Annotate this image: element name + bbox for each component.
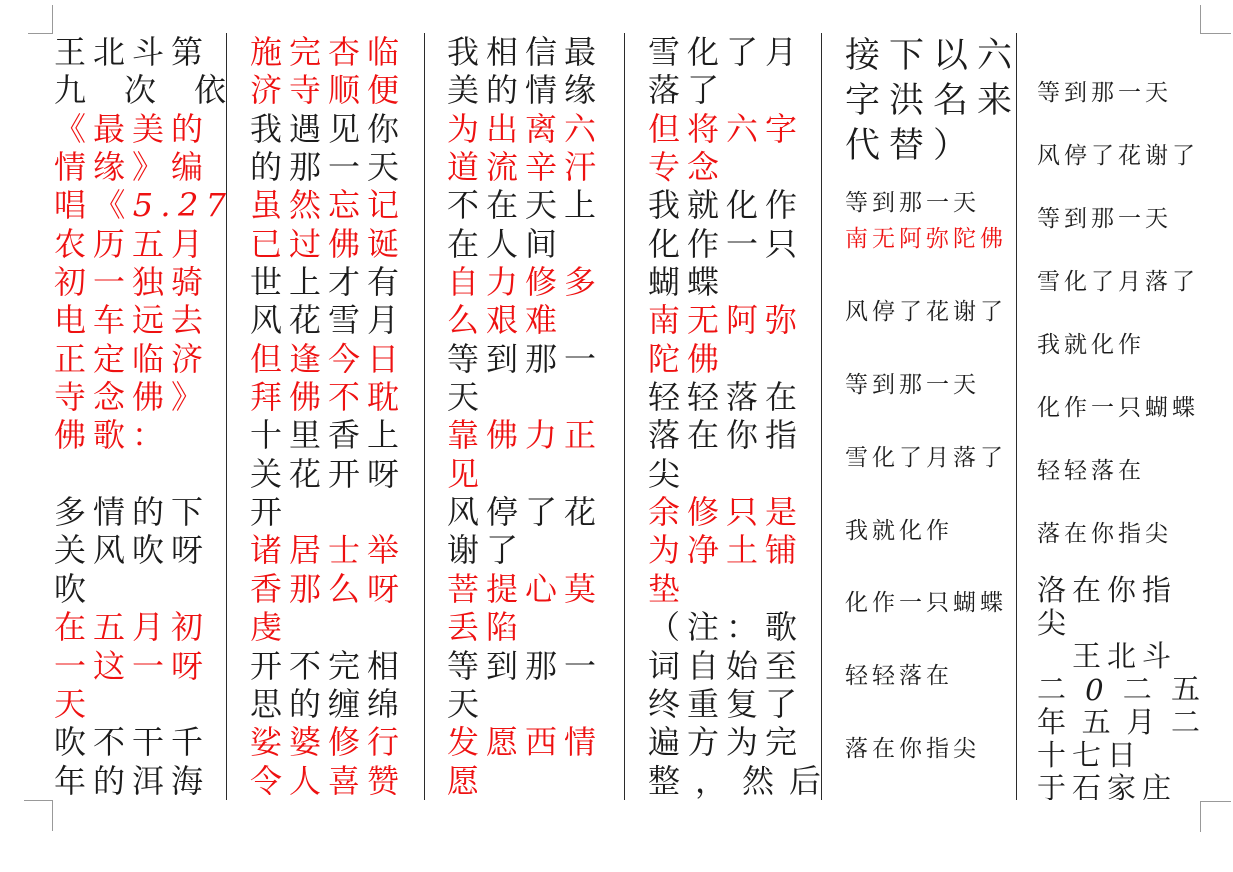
text-section: 接下以六字洪名来代替）: [845, 33, 1016, 168]
char-glyph: 九: [54, 71, 86, 109]
text-line: 雪化了月落了: [1037, 266, 1200, 298]
char-glyph: ，: [695, 762, 727, 800]
text-line: 落了: [648, 71, 821, 109]
text-line: 寺念佛》: [54, 378, 226, 416]
text-section: 洛在你指尖 王北斗二0二五年五月二十七日于石家庄: [1037, 575, 1200, 800]
text-line: 风花雪月: [250, 301, 424, 339]
text-line: 等到那一: [447, 340, 624, 378]
digit-glyph: 5: [133, 186, 153, 224]
text-line: 令人喜赞: [250, 762, 424, 800]
text-section: 雪化了月落了但将六字专念我就化作化作一只蝴蝶南无阿弥陀佛轻轻落在落在你指尖余修只…: [648, 33, 821, 800]
text-line: 我就化作: [1037, 329, 1200, 361]
text-line: 余修只是: [648, 493, 821, 531]
text-line: 轻轻落在: [648, 378, 821, 416]
text-line: 二0二五: [1037, 674, 1200, 707]
crop-mark-top-right: [1200, 5, 1231, 34]
digit-glyph: 2: [178, 186, 198, 224]
text-line: 虽然忘记: [250, 186, 424, 224]
text-line: 南无阿弥陀佛: [845, 221, 1016, 257]
text-line: 尖: [648, 455, 821, 493]
text-line: 开不完相: [250, 647, 424, 685]
text-line: 风停了花谢了: [845, 294, 1016, 330]
text-line: 遍方为完: [648, 723, 821, 761]
text-line: 么艰难: [447, 301, 624, 339]
text-line: 天: [54, 685, 226, 723]
text-line: 为出离六: [447, 110, 624, 148]
text-line: 娑婆修行: [250, 723, 424, 761]
text-line: 正定临济: [54, 340, 226, 378]
char-glyph: 后: [789, 762, 821, 800]
text-line: 于石家庄: [1037, 773, 1200, 800]
text-line: 落在你指: [648, 416, 821, 454]
text-line: 我遇见你: [250, 110, 424, 148]
text-line: 词自始至: [648, 647, 821, 685]
text-line: 轻轻落在: [1037, 455, 1200, 487]
text-line: 落在你指尖: [845, 731, 1016, 767]
text-section: 等到那一天 风停了花谢了 等到那一天 雪化了月落了 我就化作 化作一只蝴蝶 轻轻…: [1037, 33, 1200, 549]
text-line: 等到那一天: [845, 367, 1016, 403]
text-line: 不在天上: [447, 186, 624, 224]
char-glyph: 唱: [54, 186, 86, 224]
text-line: [1037, 360, 1200, 392]
text-line: 拜佛不耽: [250, 378, 424, 416]
text-line: 南无阿弥: [648, 301, 821, 339]
text-line: [845, 695, 1016, 731]
text-line: 化作一只蝴蝶: [1037, 392, 1200, 424]
text-line: 十七日: [1037, 740, 1200, 773]
text-line: 垫: [648, 570, 821, 608]
text-column-6: 等到那一天 风停了花谢了 等到那一天 雪化了月落了 我就化作 化作一只蝴蝶 轻轻…: [1017, 33, 1200, 800]
char-glyph: 整: [648, 762, 680, 800]
text-line: 一这一呀: [54, 647, 226, 685]
text-line: [845, 476, 1016, 512]
crop-mark-top-left: [28, 5, 53, 34]
text-line: 开: [250, 493, 424, 531]
text-line: 初一独骑: [54, 263, 226, 301]
text-line: 在人间: [447, 225, 624, 263]
text-section: 等到那一天南无阿弥陀佛 风停了花谢了 等到那一天 雪化了月落了 我就化作 化作一…: [845, 185, 1016, 768]
digit-glyph: .: [160, 186, 170, 224]
char-glyph: 《: [93, 186, 125, 224]
text-line: 世上才有: [250, 263, 424, 301]
text-line: 见: [447, 455, 624, 493]
text-line: 雪化了月: [648, 33, 821, 71]
text-column-3: 我相信最美的情缘为出离六道流辛汗不在天上在人间自力修多么艰难等到那一天靠佛力正见…: [425, 33, 625, 800]
text-line: （注：歌: [648, 608, 821, 646]
text-line: 唱《5.27: [54, 186, 226, 224]
text-line: 的那一天: [250, 148, 424, 186]
char-glyph: 然: [742, 762, 774, 800]
text-line: 蝴蝶: [648, 263, 821, 301]
text-line: 王北斗: [1037, 641, 1200, 674]
text-line: 诸居士举: [250, 531, 424, 569]
char-glyph: 月: [1126, 707, 1155, 740]
text-line: 风停了花谢了: [1037, 140, 1200, 172]
text-line: 关花开呀: [250, 455, 424, 493]
text-line: [1037, 108, 1200, 140]
text-line: 关风吹呀: [54, 531, 226, 569]
text-line: 吹: [54, 570, 226, 608]
text-line: 思的缠绵: [250, 685, 424, 723]
text-line: 十里香上: [250, 416, 424, 454]
text-line: 情缘》编: [54, 148, 226, 186]
char-glyph: 五: [1171, 674, 1200, 707]
digit-glyph: 0: [1085, 674, 1103, 707]
text-line: 电车远去: [54, 301, 226, 339]
text-line: 洛在你指: [1037, 575, 1200, 608]
text-line: 字洪名来: [845, 78, 1016, 123]
text-line: 为净土铺: [648, 531, 821, 569]
text-line: 美的情缘: [447, 71, 624, 109]
text-line: 整，然后: [648, 762, 821, 800]
text-line: 等到那一: [447, 647, 624, 685]
text-section: 施完杏临济寺顺便我遇见你的那一天虽然忘记已过佛诞世上才有风花雪月但逢今日拜佛不耽…: [250, 33, 424, 800]
text-line: [845, 403, 1016, 439]
text-line: 谢了: [447, 531, 624, 569]
text-line: 陀佛: [648, 340, 821, 378]
text-line: 吹不干千: [54, 723, 226, 761]
text-line: [845, 622, 1016, 658]
text-line: 但逢今日: [250, 340, 424, 378]
text-line: [1037, 486, 1200, 518]
text-line: 菩提心莫: [447, 570, 624, 608]
text-column-4: 雪化了月落了但将六字专念我就化作化作一只蝴蝶南无阿弥陀佛轻轻落在落在你指尖余修只…: [625, 33, 822, 800]
text-line: 多情的下: [54, 493, 226, 531]
text-line: [1037, 297, 1200, 329]
char-glyph: 二: [1171, 707, 1200, 740]
text-line: 风停了花: [447, 493, 624, 531]
document-page: { "colors": { "background": "#ffffff", "…: [0, 0, 1233, 872]
char-glyph: 年: [1037, 707, 1066, 740]
text-line: 天: [447, 378, 624, 416]
text-line: 王北斗第: [54, 33, 226, 71]
text-line: [845, 258, 1016, 294]
text-line: 专念: [648, 148, 821, 186]
text-line: 落在你指尖: [1037, 518, 1200, 550]
text-line: 接下以六: [845, 33, 1016, 78]
text-line: 九次依: [54, 71, 226, 109]
text-line: 已过佛诞: [250, 225, 424, 263]
text-line: [1037, 45, 1200, 77]
crop-mark-bottom-left: [24, 800, 53, 831]
char-glyph: 二: [1037, 674, 1066, 707]
text-line: 等到那一天: [845, 185, 1016, 221]
text-section: 王北斗第九次依《最美的情缘》编唱《5.27农历五月初一独骑电车远去正定临济寺念佛…: [54, 33, 226, 800]
text-line: 发愿西情: [447, 723, 624, 761]
text-line: 年五月二: [1037, 707, 1200, 740]
text-line: 代替）: [845, 123, 1016, 168]
text-line: [1037, 234, 1200, 266]
text-line: 我就化作: [648, 186, 821, 224]
text-line: [1037, 423, 1200, 455]
text-line: 天: [447, 685, 624, 723]
text-line: 愿: [447, 762, 624, 800]
crop-mark-bottom-right: [1200, 801, 1231, 832]
text-line: 道流辛汗: [447, 148, 624, 186]
text-line: 但将六字: [648, 110, 821, 148]
text-section: 我相信最美的情缘为出离六道流辛汗不在天上在人间自力修多么艰难等到那一天靠佛力正见…: [447, 33, 624, 800]
text-column-1: 王北斗第九次依《最美的情缘》编唱《5.27农历五月初一独骑电车远去正定临济寺念佛…: [52, 33, 227, 800]
text-line: 自力修多: [447, 263, 624, 301]
text-line: 丢陷: [447, 608, 624, 646]
text-line: 施完杏临: [250, 33, 424, 71]
text-line: [54, 455, 226, 493]
text-line: 尖: [1037, 608, 1200, 641]
text-line: 等到那一天: [1037, 77, 1200, 109]
text-line: 佛歌：: [54, 416, 226, 454]
char-glyph: 次: [124, 71, 156, 109]
char-glyph: 五: [1082, 707, 1111, 740]
text-column-2: 施完杏临济寺顺便我遇见你的那一天虽然忘记已过佛诞世上才有风花雪月但逢今日拜佛不耽…: [227, 33, 425, 800]
text-line: 我相信最: [447, 33, 624, 71]
text-line: 化作一只蝴蝶: [845, 585, 1016, 621]
char-glyph: 二: [1123, 674, 1152, 707]
text-line: 我就化作: [845, 513, 1016, 549]
text-line: 靠佛力正: [447, 416, 624, 454]
text-line: 化作一只: [648, 225, 821, 263]
digit-glyph: 7: [206, 186, 226, 224]
text-line: [1037, 171, 1200, 203]
text-column-5: 接下以六字洪名来代替）等到那一天南无阿弥陀佛 风停了花谢了 等到那一天 雪化了月…: [822, 33, 1017, 800]
text-line: 在五月初: [54, 608, 226, 646]
text-line: [845, 549, 1016, 585]
text-line: 终重复了: [648, 685, 821, 723]
text-line: 《最美的: [54, 110, 226, 148]
text-line: 雪化了月落了: [845, 440, 1016, 476]
text-columns: 王北斗第九次依《最美的情缘》编唱《5.27农历五月初一独骑电车远去正定临济寺念佛…: [52, 33, 1200, 800]
text-line: 年的洱海: [54, 762, 226, 800]
text-line: [845, 331, 1016, 367]
text-line: 济寺顺便: [250, 71, 424, 109]
text-line: 等到那一天: [1037, 203, 1200, 235]
text-line: 虔: [250, 608, 424, 646]
text-line: 轻轻落在: [845, 658, 1016, 694]
char-glyph: 依: [194, 71, 226, 109]
text-line: 香那么呀: [250, 570, 424, 608]
text-line: 农历五月: [54, 225, 226, 263]
